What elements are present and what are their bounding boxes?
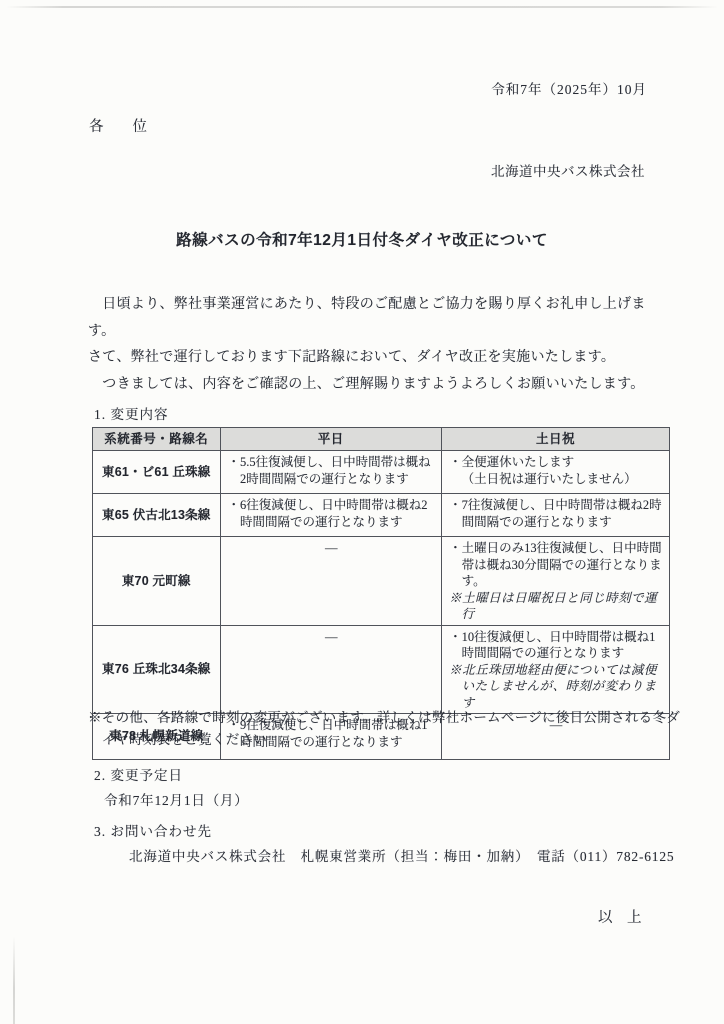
weekday-cell: ・6往復減便し、日中時間帯は概ね2時間間隔での運行となります [220, 494, 442, 537]
schedule-date: 令和7年12月1日（月） [104, 789, 249, 809]
contact-info: 北海道中央バス株式会社 札幌東営業所（担当：梅田・加納） 電話（011）782-… [129, 845, 674, 865]
route-name: 東61・ビ61 丘珠線 [93, 451, 221, 494]
document-date: 令和7年（2025年）10月 [491, 78, 647, 98]
holiday-note: ※土曜日は日曜祝日と同じ時刻で運行 [449, 590, 663, 623]
body-paragraph: 日頃より、弊社事業運営にあたり、特段のご配慮とご協力を賜り厚くお礼申し上げます。 [88, 292, 656, 345]
holiday-text: ・7往復減便し、日中時間帯は概ね2時間間隔での運行となります [449, 497, 663, 530]
weekday-cell: ― [220, 537, 442, 626]
holiday-note: ※北丘珠団地経由便については減便いたしませんが、時刻が変わります [449, 662, 663, 712]
letter-body: 日頃より、弊社事業運営にあたり、特段のご配慮とご協力を賜り厚くお礼申し上げます。… [88, 292, 656, 398]
route-name: 東70 元町線 [93, 537, 221, 626]
body-paragraph: つきましては、内容をご確認の上、ご理解賜りますようよろしくお願いいたします。 [88, 372, 656, 399]
table-footnote: ※その他、各路線で時刻の変更がございます。詳しくは弊社ホームページに後日公開され… [88, 707, 684, 751]
column-header-route: 系統番号・路線名 [93, 428, 221, 451]
table-row: 東70 元町線 ― ・土曜日のみ13往復減便し、日中時間帯は概ね30分間隔での運… [93, 537, 670, 626]
table-row: 東76 丘珠北34条線 ― ・10往復減便し、日中時間帯は概ね1時間間隔での運行… [93, 625, 670, 714]
scan-artifact-left-edge [13, 936, 15, 1024]
holiday-cell: ・全便運休いたします （土日祝は運行いたしません） [442, 451, 670, 494]
table-row: 東65 伏古北13条線 ・6往復減便し、日中時間帯は概ね2時間間隔での運行となり… [93, 494, 670, 537]
holiday-cell: ・土曜日のみ13往復減便し、日中時間帯は概ね30分間隔での運行となります。 ※土… [442, 537, 670, 626]
route-name: 東76 丘珠北34条線 [93, 625, 221, 714]
section-heading-contact: 3. お問い合わせ先 [94, 820, 212, 840]
section-heading-schedule: 2. 変更予定日 [94, 764, 183, 784]
route-name: 東65 伏古北13条線 [93, 494, 221, 537]
section-heading-changes: 1. 変更内容 [94, 403, 169, 423]
scanned-letter-page: 令和7年（2025年）10月 各 位 北海道中央バス株式会社 路線バスの令和7年… [0, 0, 724, 1024]
weekday-cell: ― [220, 625, 442, 714]
closing-phrase: 以 上 [598, 906, 642, 927]
column-header-weekday: 平日 [220, 428, 442, 451]
weekday-text: ・5.5往復減便し、日中時間帯は概ね2時間間隔での運行となります [228, 454, 436, 487]
weekday-cell: ・5.5往復減便し、日中時間帯は概ね2時間間隔での運行となります [220, 451, 442, 494]
table-row: 東61・ビ61 丘珠線 ・5.5往復減便し、日中時間帯は概ね2時間間隔での運行と… [93, 451, 670, 494]
holiday-cell: ・10往復減便し、日中時間帯は概ね1時間間隔での運行となります ※北丘珠団地経由… [442, 625, 670, 714]
holiday-text: ・土曜日のみ13往復減便し、日中時間帯は概ね30分間隔での運行となります。 [449, 540, 663, 590]
weekday-text: ・6往復減便し、日中時間帯は概ね2時間間隔での運行となります [228, 497, 436, 530]
page-title: 路線バスの令和7年12月1日付冬ダイヤ改正について [0, 228, 724, 250]
holiday-cell: ・7往復減便し、日中時間帯は概ね2時間間隔での運行となります [442, 494, 670, 537]
scan-artifact-top-edge [6, 6, 718, 8]
weekday-text: ― [228, 540, 436, 557]
body-paragraph: さて、弊社で運行しております下記路線において、ダイヤ改正を実施いたします。 [88, 345, 656, 372]
weekday-text: ― [228, 629, 436, 646]
holiday-text: ・全便運休いたします （土日祝は運行いたしません） [449, 454, 663, 487]
company-name: 北海道中央バス株式会社 [491, 160, 645, 180]
column-header-holiday: 土日祝 [442, 428, 670, 451]
table-header-row: 系統番号・路線名 平日 土日祝 [93, 428, 670, 451]
recipient-line: 各 位 [89, 115, 147, 136]
holiday-text: ・10往復減便し、日中時間帯は概ね1時間間隔での運行となります [449, 629, 663, 662]
